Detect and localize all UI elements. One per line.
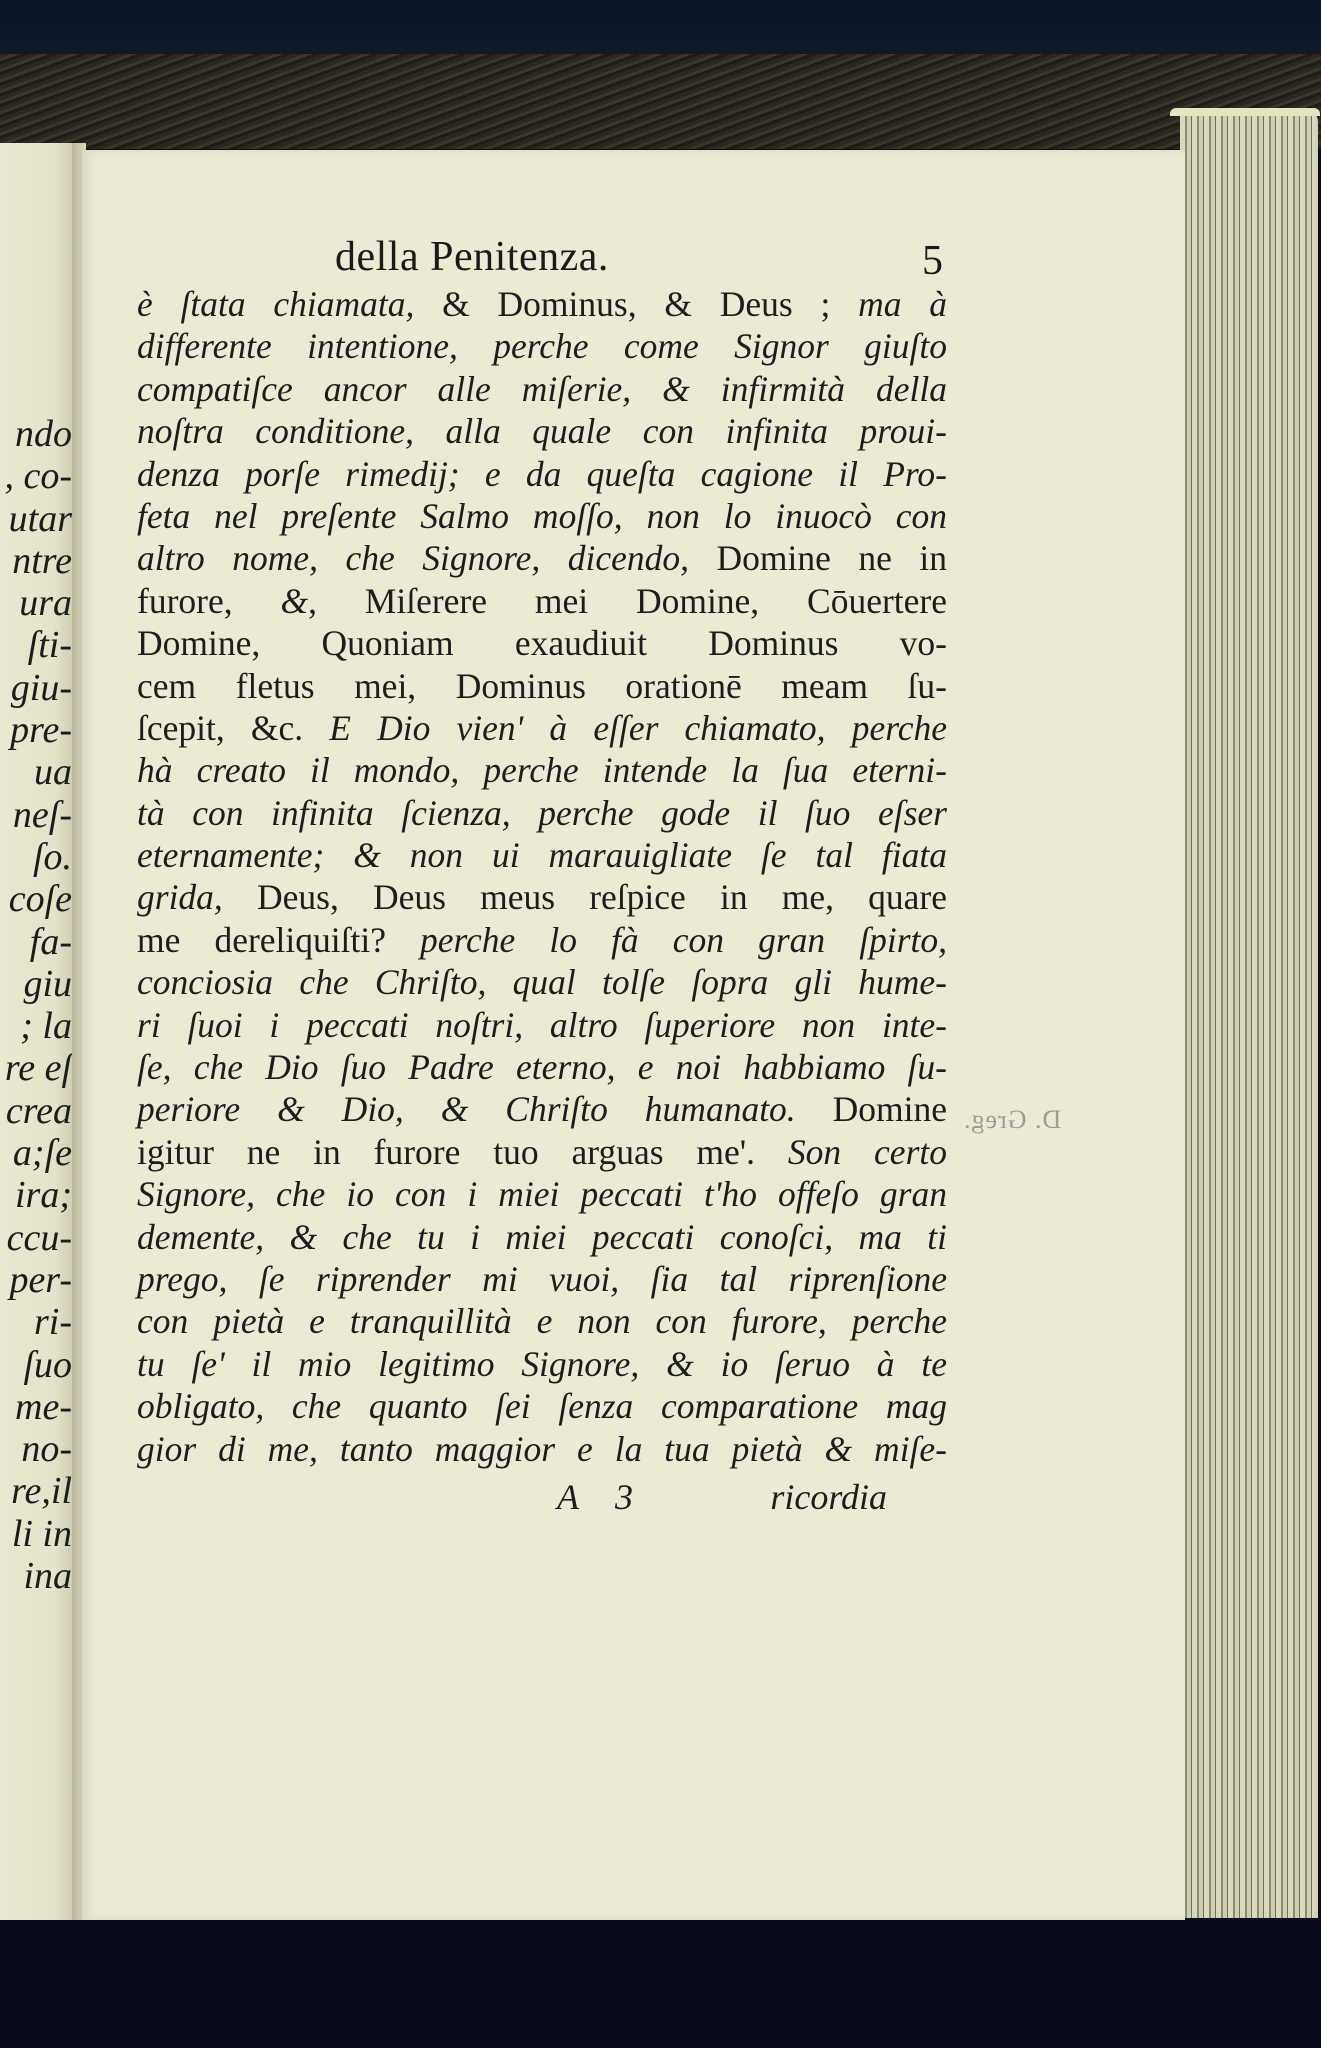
text-line: gior di me, tanto maggior e la tua pietà… bbox=[137, 1428, 947, 1470]
running-head: della Penitenza. 5 bbox=[137, 233, 947, 283]
text-line: è ſtata chiamata, & Dominus, & Deus ; ma… bbox=[137, 283, 947, 325]
italic-segment: grida, bbox=[137, 877, 257, 917]
text-line: compatiſce ancor alle miſerie, & infirmi… bbox=[137, 368, 947, 410]
background-cloth-top bbox=[0, 0, 1321, 60]
roman-segment: Domine, Quoniam exaudiuit Dominus vo- bbox=[137, 623, 947, 663]
roman-segment: cem fletus mei, Dominus orationē meam ſu… bbox=[137, 666, 947, 706]
italic-segment: demente, & che tu i miei peccati conoſci… bbox=[137, 1217, 947, 1257]
italic-segment: è ſtata chiamata, bbox=[137, 284, 442, 324]
book-binding-top bbox=[0, 52, 1321, 149]
italic-segment: feta nel preſente Salmo moſſo, non lo in… bbox=[137, 496, 947, 536]
italic-segment: tà con infinita ſcienza, perche gode il … bbox=[137, 793, 947, 833]
italic-segment: noſtra conditione, alla quale con infini… bbox=[137, 411, 947, 451]
italic-segment: ri ſuoi i peccati noſtri, altro ſuperior… bbox=[137, 1005, 947, 1045]
italic-segment: & bbox=[280, 581, 308, 621]
italic-segment: obligato, che quanto ſei ſenza comparati… bbox=[137, 1386, 947, 1426]
roman-segment: ſcepit, &c. bbox=[137, 708, 329, 748]
italic-segment: Signore, che io con i miei peccati t'ho … bbox=[137, 1174, 947, 1214]
text-line: hà creato il mondo, perche intende la ſu… bbox=[137, 749, 947, 791]
italic-segment: E Dio vien' à eſſer chiamato, perche bbox=[329, 708, 947, 748]
text-line: feta nel preſente Salmo moſſo, non lo in… bbox=[137, 495, 947, 537]
text-line: eternamente; & non ui marauigliate ſe ta… bbox=[137, 834, 947, 876]
printer-signature: A 3 bbox=[557, 1476, 633, 1518]
text-line: denza porſe rimedij; e da queſta cagione… bbox=[137, 453, 947, 495]
page-number: 5 bbox=[922, 237, 943, 285]
text-line: periore & Dio, & Chriſto humanato. Domin… bbox=[137, 1088, 947, 1130]
italic-segment: perche lo fà con gran ſpirto, bbox=[420, 920, 947, 960]
left-page: ndo , co- utar ntre ura ſti- giu- pre- u… bbox=[0, 143, 78, 1920]
page-edges-fore-edge bbox=[1180, 108, 1318, 1918]
text-line: differente intentione, perche come Signo… bbox=[137, 325, 947, 367]
italic-segment: Son certo bbox=[788, 1132, 947, 1172]
signature-number: 3 bbox=[615, 1477, 633, 1517]
roman-segment: Domine bbox=[833, 1089, 947, 1129]
italic-segment: periore & Dio, & Chriſto humanato. bbox=[137, 1089, 833, 1129]
text-line: grida, Deus, Deus meus reſpice in me, qu… bbox=[137, 876, 947, 918]
italic-segment: conciosia che Chriſto, qual tolſe ſopra … bbox=[137, 962, 947, 1002]
text-line: con pietà e tranquillità e non con furor… bbox=[137, 1300, 947, 1342]
text-line: igitur ne in furore tuo arguas me'. Son … bbox=[137, 1131, 947, 1173]
italic-segment: altro nome, che Signore, dicendo, bbox=[137, 538, 717, 578]
text-line: tu ſe' il mio legitimo Signore, & io ſer… bbox=[137, 1343, 947, 1385]
italic-segment: tu ſe' il mio legitimo Signore, & io ſer… bbox=[137, 1344, 947, 1384]
text-line: prego, ſe riprender mi vuoi, ſia tal rip… bbox=[137, 1258, 947, 1300]
page-footer: A 3 ricordia bbox=[137, 1476, 947, 1520]
italic-segment: denza porſe rimedij; e da queſta cagione… bbox=[137, 454, 947, 494]
italic-segment: prego, ſe riprender mi vuoi, ſia tal rip… bbox=[137, 1259, 947, 1299]
roman-segment: me dereliquiſti? bbox=[137, 920, 420, 960]
text-line: Domine, Quoniam exaudiuit Dominus vo- bbox=[137, 622, 947, 664]
text-line: obligato, che quanto ſei ſenza comparati… bbox=[137, 1385, 947, 1427]
roman-segment: Domine ne in bbox=[717, 538, 948, 578]
roman-segment: , Miſerere mei Domine, Cōuertere bbox=[308, 581, 947, 621]
running-title: della Penitenza. bbox=[335, 233, 609, 281]
body-text: è ſtata chiamata, & Dominus, & Deus ; ma… bbox=[137, 283, 947, 1470]
text-line: tà con infinita ſcienza, perche gode il … bbox=[137, 792, 947, 834]
italic-segment: con pietà e tranquillità e non con furor… bbox=[137, 1301, 947, 1341]
text-line: cem fletus mei, Dominus orationē meam ſu… bbox=[137, 665, 947, 707]
italic-segment: gior di me, tanto maggior e la tua pietà… bbox=[137, 1429, 947, 1469]
text-line: altro nome, che Signore, dicendo, Domine… bbox=[137, 537, 947, 579]
roman-segment: & Dominus, & Deus ; bbox=[442, 284, 858, 324]
italic-segment: compatiſce ancor alle miſerie, & infirmi… bbox=[137, 369, 947, 409]
text-line: ri ſuoi i peccati noſtri, altro ſuperior… bbox=[137, 1004, 947, 1046]
left-page-text-fragments: ndo , co- utar ntre ura ſti- giu- pre- u… bbox=[0, 413, 72, 1597]
italic-segment: hà creato il mondo, perche intende la ſu… bbox=[137, 750, 947, 790]
italic-segment: differente intentione, perche come Signo… bbox=[137, 326, 947, 366]
roman-segment: furore, bbox=[137, 581, 280, 621]
text-line: Signore, che io con i miei peccati t'ho … bbox=[137, 1173, 947, 1215]
italic-segment: eternamente; & non ui marauigliate ſe ta… bbox=[137, 835, 947, 875]
roman-segment: Deus, Deus meus reſpice in me, quare bbox=[257, 877, 947, 917]
roman-segment: igitur ne in furore tuo arguas me'. bbox=[137, 1132, 788, 1172]
bleed-through-margin-note: D. Greg. bbox=[963, 1105, 1061, 1135]
text-line: ſcepit, &c. E Dio vien' à eſſer chiamato… bbox=[137, 707, 947, 749]
text-line: demente, & che tu i miei peccati conoſci… bbox=[137, 1216, 947, 1258]
background-cloth-bottom bbox=[0, 1920, 1321, 2048]
italic-segment: ſe, che Dio ſuo Padre eterno, e noi habb… bbox=[137, 1047, 947, 1087]
text-line: me dereliquiſti? perche lo fà con gran ſ… bbox=[137, 919, 947, 961]
text-line: ſe, che Dio ſuo Padre eterno, e noi habb… bbox=[137, 1046, 947, 1088]
italic-segment: ma à bbox=[858, 284, 947, 324]
text-line: noſtra conditione, alla quale con infini… bbox=[137, 410, 947, 452]
catchword: ricordia bbox=[770, 1476, 887, 1518]
text-line: conciosia che Chriſto, qual tolſe ſopra … bbox=[137, 961, 947, 1003]
text-line: furore, &, Miſerere mei Domine, Cōuerter… bbox=[137, 580, 947, 622]
signature-letter: A bbox=[557, 1477, 579, 1517]
right-page-text-block: della Penitenza. 5 è ſtata chiamata, & D… bbox=[137, 233, 947, 1520]
